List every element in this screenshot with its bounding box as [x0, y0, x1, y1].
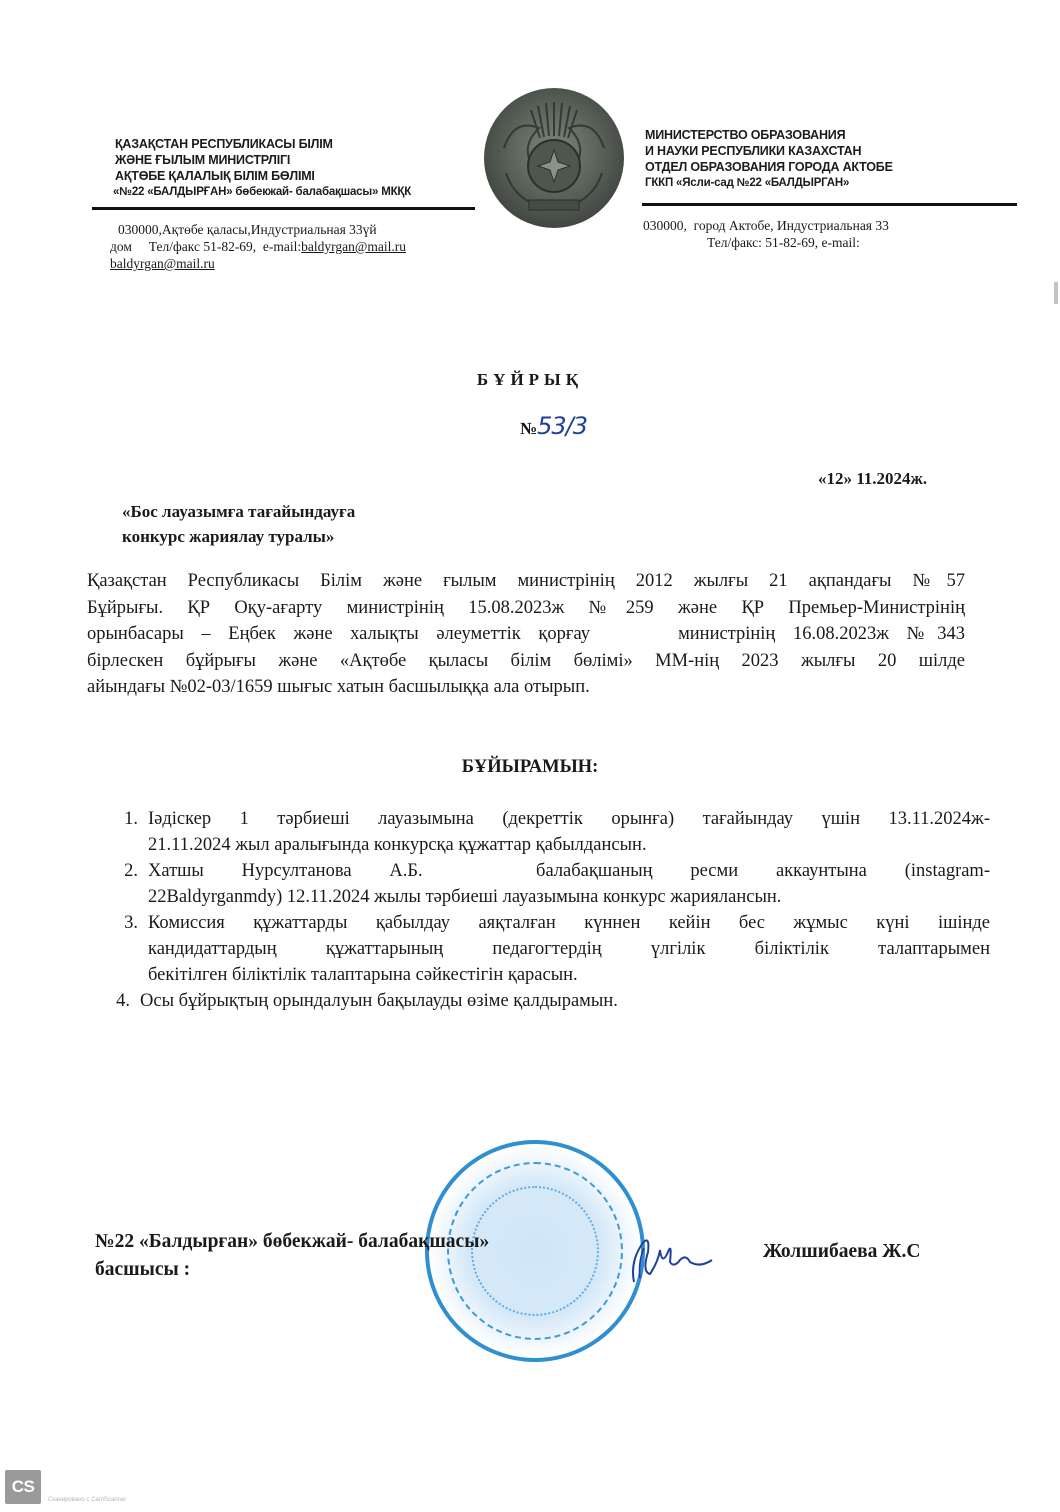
camscanner-watermark: Сканировано с CamScanner — [48, 1497, 126, 1503]
header-right-line-1: МИНИСТЕРСТВО ОБРАЗОВАНИЯ — [645, 127, 1005, 143]
order-item-3: 3. Комиссия құжаттарды қабылдау аяқталға… — [90, 910, 990, 988]
item-text: Хатшы Нурсултанова А.Б. балабақшаның рес… — [148, 858, 990, 910]
header-right-line-2: И НАУКИ РЕСПУБЛИКИ КАЗАХСТАН — [645, 143, 1005, 159]
item-text: Іәдіскер 1 тәрбиеші лауазымына (декретті… — [148, 806, 990, 858]
item-line: кандидаттардың құжаттарының педагогтерді… — [148, 936, 990, 962]
header-right-divider — [642, 203, 1017, 206]
document-subject: «Бос лауазымға тағайындауға конкурс жари… — [122, 499, 355, 549]
header-left-line-1: ҚАЗАҚСТАН РЕСПУБЛИКАСЫ БІЛІМ — [115, 136, 475, 152]
preamble-line: бірлескен бұйрығы және «Ақтөбе қыласы бі… — [87, 648, 965, 675]
address-left-line-2: дом Тел/факс 51-82-69, e-mail:baldyrgan@… — [110, 238, 490, 255]
item-line: 22Baldyrganmdy) 12.11.2024 жылы тәрбиеші… — [148, 884, 990, 910]
item-text: Комиссия құжаттарды қабылдау аяқталған к… — [148, 910, 990, 988]
camscanner-logo-icon: CS — [5, 1470, 41, 1504]
subject-line-1: «Бос лауазымға тағайындауға — [122, 499, 355, 524]
header-right-address: 030000, город Актобе, Индустриальная 33 … — [643, 217, 1003, 251]
email-link-1[interactable]: baldyrgan@mail.ru — [301, 239, 406, 254]
item-number: 4. — [82, 988, 140, 1014]
item-line: Комиссия құжаттарды қабылдау аяқталған к… — [148, 910, 990, 936]
header-left-line-3: АҚТӨБЕ ҚАЛАЛЫҚ БІЛІМ БӨЛІМІ — [115, 168, 475, 184]
signatory-org-line-1: №22 «Балдырған» бөбекжай- балабақшасы» — [95, 1228, 489, 1256]
preamble-paragraph: Қазақстан Республикасы Білім және ғылым … — [87, 568, 965, 701]
preamble-line: Қазақстан Республикасы Білім және ғылым … — [87, 568, 965, 595]
order-number: №53/3 — [520, 412, 587, 440]
signatory-name: Жолшибаева Ж.С — [763, 1241, 921, 1263]
subject-line-2: конкурс жариялау туралы» — [122, 524, 355, 549]
preamble-line: орынбасары – Еңбек және халықты әлеуметт… — [87, 621, 965, 648]
scan-edge-mark — [1054, 282, 1058, 304]
stamp-center-ring — [471, 1186, 599, 1316]
state-emblem-icon — [484, 88, 624, 228]
email-link-2[interactable]: baldyrgan@mail.ru — [110, 256, 215, 271]
header-right-line-3: ОТДЕЛ ОБРАЗОВАНИЯ ГОРОДА АКТОБЕ — [645, 159, 1005, 175]
item-text: Осы бұйрықтың орындалуын бақылауды өзіме… — [140, 988, 990, 1014]
header-left-address: 030000,Ақтөбе қаласы,Индустриальная 33үй… — [110, 221, 490, 272]
order-item-2: 2. Хатшы Нурсултанова А.Б. балабақшаның … — [90, 858, 990, 910]
item-line: бекітілген біліктілік талаптарына сәйкес… — [148, 962, 990, 988]
header-right-line-4: ГККП «Ясли-сад №22 «БАЛДЫРГАН» — [645, 175, 1005, 191]
item-number: 2. — [90, 858, 148, 910]
order-item-1: 1. Іәдіскер 1 тәрбиеші лауазымына (декре… — [90, 806, 990, 858]
address-left-line-3: baldyrgan@mail.ru — [110, 255, 490, 272]
header-left-line-4: «№22 «БАЛДЫРҒАН» бөбекжай- балабақшасы» … — [113, 184, 475, 200]
item-line: 21.11.2024 жыл аралығында конкурсқа құжа… — [148, 832, 990, 858]
item-line: Іәдіскер 1 тәрбиеші лауазымына (декретті… — [148, 806, 990, 832]
order-heading: БҰЙЫРАМЫН: — [0, 757, 1060, 778]
order-number-handwritten: 53/3 — [537, 412, 587, 440]
document-title: БҰЙРЫҚ — [0, 370, 1060, 390]
preamble-line: айындағы №02-03/1659 шығыс хатын басшылы… — [87, 674, 965, 701]
signatory-title: басшысы : — [95, 1256, 489, 1284]
signatory-organization: №22 «Балдырған» бөбекжай- балабақшасы» б… — [95, 1228, 489, 1284]
header-kazakh-org: ҚАЗАҚСТАН РЕСПУБЛИКАСЫ БІЛІМ ЖӘНЕ ҒЫЛЫМ … — [115, 136, 475, 200]
handwritten-signature-icon — [620, 1222, 720, 1292]
document-date: «12» 11.2024ж. — [818, 469, 927, 489]
emblem-graphic — [484, 88, 624, 228]
item-line: Осы бұйрықтың орындалуын бақылауды өзіме… — [140, 988, 990, 1014]
address-left-phone: дом Тел/факс 51-82-69, e-mail: — [110, 239, 301, 254]
order-items-list: 1. Іәдіскер 1 тәрбиеші лауазымына (декре… — [90, 806, 990, 1014]
preamble-line: Бұйрығы. ҚР Оқу-ағарту министрінің 15.08… — [87, 595, 965, 622]
item-number: 1. — [90, 806, 148, 858]
address-right-line-1: 030000, город Актобе, Индустриальная 33 — [643, 217, 1003, 234]
header-left-divider — [92, 207, 475, 210]
item-number: 3. — [90, 910, 148, 988]
address-right-line-2: Тел/факс: 51-82-69, e-mail: — [643, 234, 1003, 251]
header-left-line-2: ЖӘНЕ ҒЫЛЫМ МИНИСТРЛІГІ — [115, 152, 475, 168]
address-left-line-1: 030000,Ақтөбе қаласы,Индустриальная 33үй — [110, 221, 490, 238]
item-line: Хатшы Нурсултанова А.Б. балабақшаның рес… — [148, 858, 990, 884]
header-russian-org: МИНИСТЕРСТВО ОБРАЗОВАНИЯ И НАУКИ РЕСПУБЛ… — [645, 127, 1005, 191]
order-number-prefix: № — [520, 419, 537, 438]
order-item-4: 4. Осы бұйрықтың орындалуын бақылауды өз… — [82, 988, 990, 1014]
